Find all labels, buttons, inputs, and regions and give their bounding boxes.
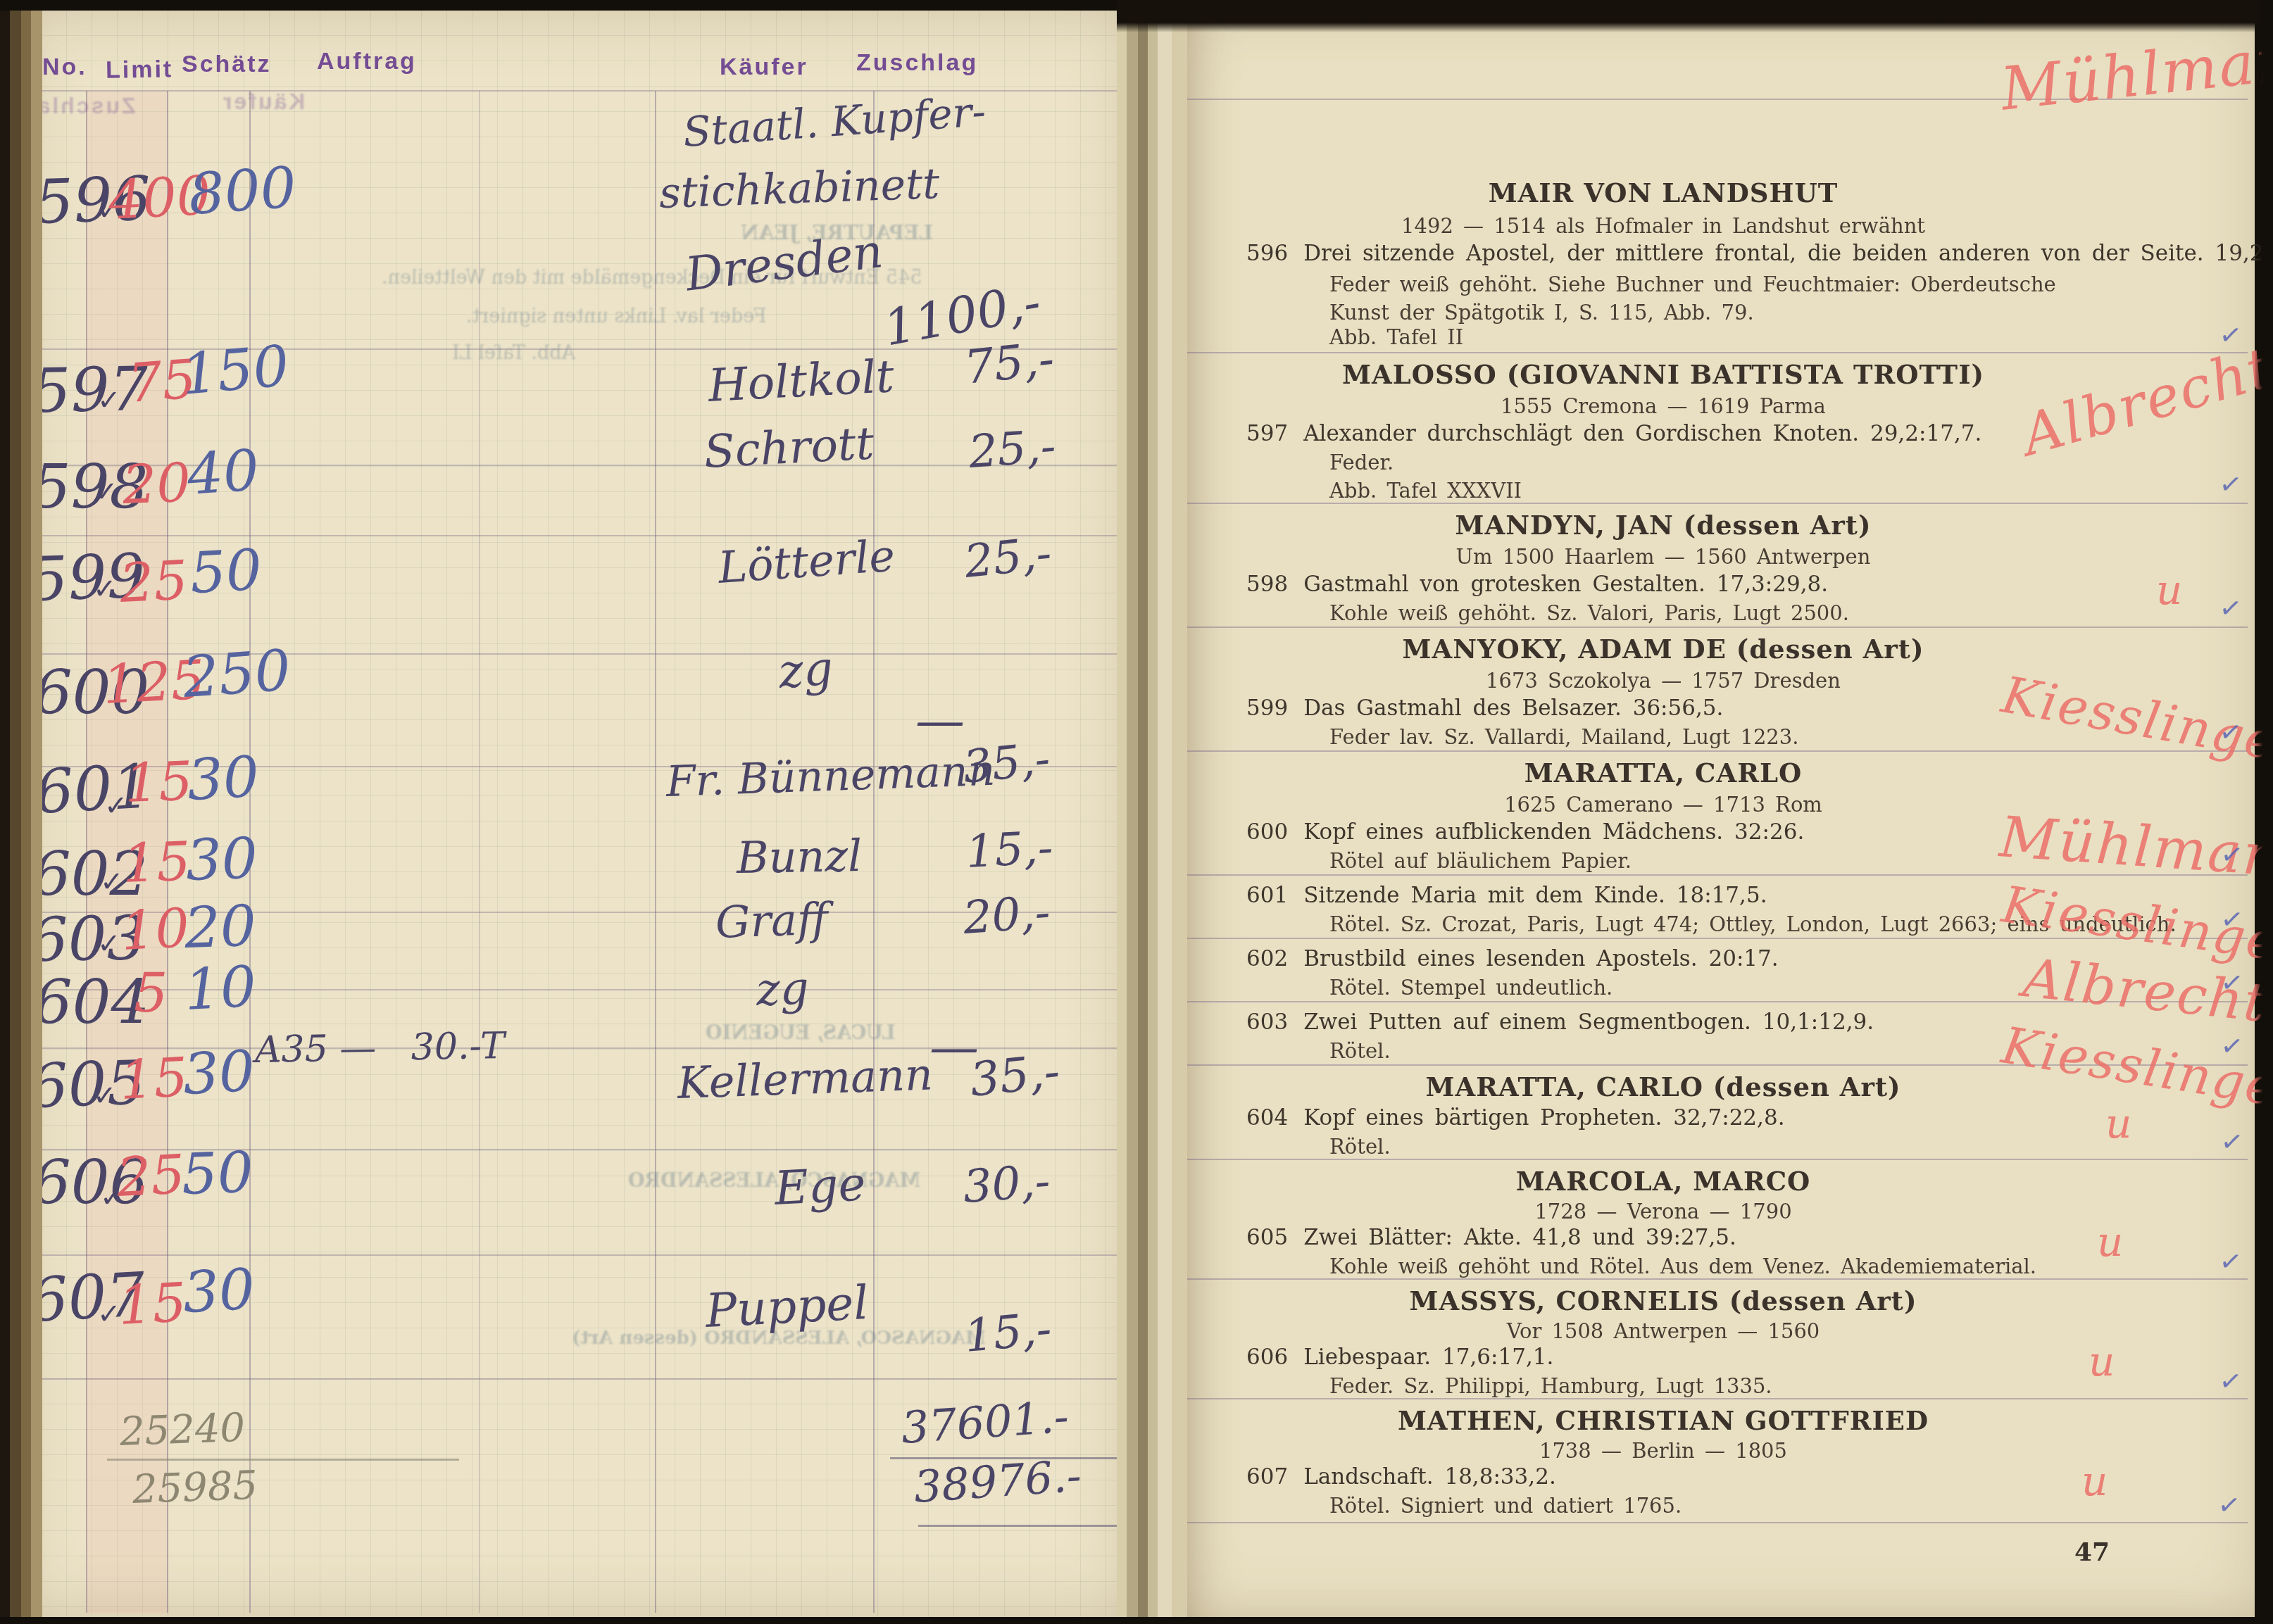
lot-number: 600 — [1246, 819, 1288, 845]
row-599-limit: 25 — [118, 548, 189, 615]
lot-605-detail: Kohle weiß gehöht und Rötel. Aus dem Ven… — [1329, 1254, 2036, 1278]
row-604-no: 604 — [34, 967, 149, 1038]
bleed-stamp-kaeufer: Käufer — [221, 89, 305, 115]
lot-602: 602Brustbild eines lesenden Apostels. 20… — [1246, 946, 1779, 971]
row-607-schaetz: 30 — [182, 1257, 257, 1326]
lot-title: Alexander durchschlägt den Gordischen Kn… — [1303, 421, 1981, 446]
artist-header: MALOSSO (GIOVANNI BATTISTA TROTTI) — [1248, 359, 2079, 390]
margin-check-607: ✓ — [2216, 1488, 2243, 1522]
artist-header: MARATTA, CARLO — [1248, 757, 2079, 788]
row-596-schaetz: 800 — [187, 154, 299, 227]
row-605-limit: 15 — [118, 1045, 189, 1112]
lot-606-detail: Feder. Sz. Philippi, Hamburg, Lugt 1335. — [1329, 1374, 1772, 1398]
row-598-check: ✓ — [94, 476, 118, 508]
lot-number: 596 — [1246, 241, 1288, 266]
lot-598-detail: Kohle weiß gehöht. Sz. Valori, Paris, Lu… — [1329, 601, 1849, 625]
lot-603: 603Zwei Putten auf einem Segmentbogen. 1… — [1246, 1009, 1874, 1035]
row-605-check: ✓ — [93, 1080, 117, 1112]
limit-new-total: 25985 — [132, 1463, 258, 1513]
lot-title: Drei sitzende Apostel, der mittlere fron… — [1303, 241, 2273, 266]
artist-dates: Um 1500 Haarlem — 1560 Antwerpen — [1248, 545, 2079, 569]
artist-dates: 1555 Cremona — 1619 Parma — [1248, 394, 2079, 418]
total-rule — [918, 1525, 1151, 1527]
section-rule — [1177, 1278, 2248, 1280]
lot-606: 606Liebespaar. 17,6:17,1. — [1246, 1345, 1553, 1370]
column-divider — [873, 91, 875, 1613]
buyer-annotation-597: Albrecht — [2015, 334, 2273, 468]
lot-597: 597Alexander durchschlägt den Gordischen… — [1246, 421, 1981, 446]
lot-title: Zwei Blätter: Akte. 41,8 und 39:27,5. — [1303, 1225, 1736, 1250]
lot-title: Landschaft. 18,8:33,2. — [1303, 1464, 1556, 1490]
lot-title: Das Gastmahl des Belsazer. 36:56,5. — [1303, 695, 1723, 721]
lot-title: Liebespaar. 17,6:17,1. — [1303, 1345, 1553, 1370]
header-zuschlag: Zuschlag — [856, 49, 978, 77]
row-601-zuschlag: 35,- — [960, 733, 1052, 793]
lot-title: Kopf eines bärtigen Propheten. 32,7:22,8… — [1303, 1105, 1784, 1131]
row-607-kaeufer: Puppel — [704, 1276, 870, 1338]
buyer-annotation-607-ditto: u — [2081, 1457, 2109, 1505]
row-603-kaeufer: Graff — [715, 893, 829, 948]
section-rule — [1177, 1398, 2248, 1399]
row-602-check: ✓ — [100, 866, 124, 898]
row-601-kaeufer: Fr. Bünnemann — [665, 746, 996, 807]
row-603-check: ✓ — [97, 928, 121, 960]
row-599-check: ✓ — [93, 573, 117, 605]
row-600-schaetz: 250 — [181, 637, 293, 710]
header-auftrag: Auftrag — [317, 48, 417, 75]
lot-number: 603 — [1246, 1009, 1288, 1035]
lot-title: Zwei Putten auf einem Segmentbogen. 10,1… — [1303, 1009, 1874, 1035]
photo-edge-bottom — [0, 1617, 2273, 1624]
lot-600-detail: Rötel auf bläulichem Papier. — [1329, 849, 1632, 873]
row-604-schaetz: 10 — [183, 954, 258, 1023]
artist-dates: 1728 — Verona — 1790 — [1248, 1200, 2079, 1223]
total-rule — [107, 1459, 459, 1461]
margin-check-597: ✓ — [2217, 467, 2244, 501]
ledger-page: No. Limit Schätz Auftrag Käufer Zuschlag… — [15, 10, 1132, 1617]
lot-596-detail: Feder weiß gehöht. Siehe Buchner und Feu… — [1329, 270, 2125, 327]
lot-number: 598 — [1246, 572, 1288, 597]
row-603-zuschlag: 20,- — [961, 886, 1051, 944]
artist-header: MANYOKY, ADAM DE (dessen Art) — [1248, 634, 2079, 665]
lot-596-plate: Abb. Tafel II — [1329, 325, 1463, 349]
row-597-schaetz: 150 — [179, 333, 292, 408]
header-schaetz: Schätz — [182, 51, 272, 78]
row-601-limit: 15 — [123, 750, 194, 814]
margin-check-598: ✓ — [2217, 591, 2244, 625]
row-598-kaeufer: Schrott — [703, 417, 875, 479]
artist-dates: 1625 Camerano — 1713 Rom — [1248, 793, 2079, 817]
row-602-limit: 15 — [121, 830, 192, 895]
margin-check-596: ✓ — [2217, 318, 2244, 352]
book-binding — [0, 0, 42, 1624]
row-596-kaeufer: Staatl. Kupfer- — [682, 87, 987, 156]
lot-598: 598Gastmahl von grotesken Gestalten. 17,… — [1246, 572, 1828, 597]
buyer-annotation-596: Mühlmann — [1998, 20, 2273, 124]
lot-number: 601 — [1246, 883, 1288, 908]
photo-edge-right — [2255, 0, 2273, 1624]
artist-dates: 1492 — 1514 als Hofmaler in Landshut erw… — [1248, 214, 2079, 238]
header-kaeufer: Käufer — [720, 53, 808, 81]
section-rule — [1177, 503, 2248, 504]
row-596-kaeufer: stichkabinett — [658, 159, 941, 218]
lot-605: 605Zwei Blätter: Akte. 41,8 und 39:27,5. — [1246, 1225, 1736, 1250]
lot-597-detail: Feder. — [1329, 451, 1394, 474]
margin-check-604: ✓ — [2219, 1125, 2246, 1159]
lot-596: 596Drei sitzende Apostel, der mittlere f… — [1246, 241, 2273, 266]
section-rule — [1177, 1522, 2248, 1523]
lot-title: Gastmahl von grotesken Gestalten. 17,3:2… — [1303, 572, 1828, 597]
margin-check-601: ✓ — [2219, 902, 2246, 936]
lot-601: 601Sitzende Maria mit dem Kinde. 18:17,5… — [1246, 883, 1767, 908]
zuschlag-running-total: 37601.- — [899, 1390, 1070, 1453]
artist-dates: 1673 Sczokolya — 1757 Dresden — [1248, 669, 2079, 693]
row-605-auftrag: A35 — 30.-T — [254, 1025, 505, 1071]
photo-edge-top-right — [1117, 0, 2273, 32]
zuschlag-new-total: 38976.- — [912, 1449, 1082, 1512]
row-598-zuschlag: 25,- — [967, 420, 1057, 478]
header-no: No. — [42, 53, 87, 81]
buyer-annotation-604-ditto: u — [2105, 1100, 2133, 1147]
limit-running-total: 25240 — [119, 1405, 246, 1455]
row-607-check: ✓ — [97, 1298, 121, 1330]
lot-597-plate: Abb. Tafel XXXVII — [1329, 479, 1522, 503]
header-limit: Limit — [106, 56, 174, 84]
lot-600: 600Kopf eines aufblickenden Mädchens. 32… — [1246, 819, 1804, 845]
lot-599-detail: Feder lav. Sz. Vallardi, Mailand, Lugt 1… — [1329, 725, 1798, 749]
margin-check-600: ✓ — [2219, 838, 2246, 871]
lot-604-detail: Rötel. — [1329, 1135, 1391, 1159]
lot-602-detail: Rötel. Stempel undeutlich. — [1329, 976, 1613, 1000]
row-602-zuschlag: 15,- — [965, 822, 1054, 879]
lot-number: 597 — [1246, 421, 1288, 446]
row-606-zuschlag: 30,- — [961, 1155, 1051, 1213]
section-rule — [1177, 750, 2248, 752]
lot-number: 605 — [1246, 1225, 1288, 1250]
margin-check-603: ✓ — [2219, 1029, 2246, 1063]
auction-ledger-photo: No. Limit Schätz Auftrag Käufer Zuschlag… — [0, 0, 2273, 1624]
row-599-zuschlag: 25,- — [962, 527, 1053, 588]
row-604-limit: 5 — [134, 962, 168, 1024]
margin-check-599: ✓ — [2217, 715, 2244, 749]
bleed-text: Abb. Tafel LI — [452, 342, 575, 364]
row-597-zuschlag: 75,- — [962, 332, 1057, 395]
row-606-limit: 25 — [115, 1143, 187, 1209]
row-602-kaeufer: Bunzl — [736, 830, 862, 883]
row-602-schaetz: 30 — [184, 825, 258, 893]
section-rule — [1177, 627, 2248, 628]
row-603-limit: 10 — [120, 896, 191, 962]
margin-check-606: ✓ — [2217, 1364, 2244, 1398]
lot-number: 606 — [1246, 1345, 1288, 1370]
lot-number: 607 — [1246, 1464, 1288, 1490]
row-600-kaeufer: zg — [777, 641, 834, 699]
catalog-page: MAIR VON LANDSHUT 1492 — 1514 als Hofmal… — [1172, 10, 2255, 1617]
buyer-annotation-605-ditto: u — [2097, 1218, 2124, 1266]
lot-604: 604Kopf eines bärtigen Propheten. 32,7:2… — [1246, 1105, 1785, 1131]
section-rule — [1177, 352, 2248, 353]
row-rule — [23, 1254, 1128, 1256]
bleed-text: LUCAS, EUGENIO — [706, 1022, 895, 1044]
margin-check-605: ✓ — [2217, 1245, 2244, 1278]
row-606-schaetz: 50 — [180, 1139, 254, 1207]
row-596-kaeufer: Dresden — [682, 224, 886, 302]
row-598-limit: 20 — [121, 451, 192, 516]
lot-607: 607Landschaft. 18,8:33,2. — [1246, 1464, 1556, 1490]
section-rule — [1177, 1159, 2248, 1160]
artist-dates: 1738 — Berlin — 1805 — [1248, 1439, 2079, 1463]
row-597-check: ✓ — [97, 384, 121, 417]
row-603-schaetz: 20 — [183, 893, 257, 960]
row-597-kaeufer: Holtkolt — [707, 351, 896, 413]
page-gutter — [1117, 0, 1187, 1624]
artist-header: MARATTA, CARLO (dessen Art) — [1248, 1071, 2079, 1102]
bleed-text: Feder lav. Links unten signiert. — [466, 306, 766, 327]
row-599-kaeufer: Lötterle — [716, 530, 896, 593]
lot-599: 599Das Gastmahl des Belsazer. 36:56,5. — [1246, 695, 1723, 721]
row-604-kaeufer: zg — [756, 962, 810, 1016]
row-600-zuschlag: — — [915, 691, 965, 749]
artist-header: MARCOLA, MARCO — [1248, 1166, 2079, 1197]
lot-603-detail: Rötel. — [1329, 1039, 1391, 1063]
row-rule — [23, 1378, 1128, 1380]
artist-header: MASSYS, CORNELIS (dessen Art) — [1248, 1285, 2079, 1316]
row-601-check: ✓ — [104, 790, 128, 822]
lot-607-detail: Rötel. Signiert und datiert 1765. — [1329, 1494, 1682, 1518]
lot-title: Brustbild eines lesenden Apostels. 20:17… — [1303, 946, 1778, 971]
row-606-kaeufer: Ege — [773, 1157, 867, 1216]
buyer-annotation-598-ditto: u — [2156, 566, 2184, 614]
lot-title: Sitzende Maria mit dem Kinde. 18:17,5. — [1303, 883, 1767, 908]
row-599-schaetz: 50 — [189, 537, 264, 606]
margin-check-602: ✓ — [2219, 966, 2246, 1000]
row-607-zuschlag: 15,- — [963, 1303, 1053, 1362]
artist-header: MANDYN, JAN (dessen Art) — [1248, 510, 2079, 541]
lot-number: 599 — [1246, 695, 1288, 721]
artist-header: MAIR VON LANDSHUT — [1248, 177, 2079, 208]
artist-header: MATHEN, CHRISTIAN GOTTFRIED — [1248, 1405, 2079, 1436]
row-605-zuschlag: 35,- — [968, 1044, 1063, 1107]
row-605-schaetz: 30 — [182, 1038, 257, 1107]
lot-number: 604 — [1246, 1105, 1288, 1131]
artist-dates: Vor 1508 Antwerpen — 1560 — [1248, 1319, 2079, 1343]
row-605-kaeufer: Kellermann — [677, 1048, 934, 1109]
page-number: 47 — [2074, 1537, 2110, 1567]
lot-title: Kopf eines aufblickenden Mädchens. 32:26… — [1303, 819, 1804, 845]
buyer-annotation-606-ditto: u — [2089, 1337, 2116, 1385]
row-598-schaetz: 40 — [185, 437, 261, 508]
lot-number: 602 — [1246, 946, 1288, 971]
row-601-schaetz: 30 — [186, 744, 261, 813]
row-607-limit: 15 — [117, 1271, 188, 1337]
